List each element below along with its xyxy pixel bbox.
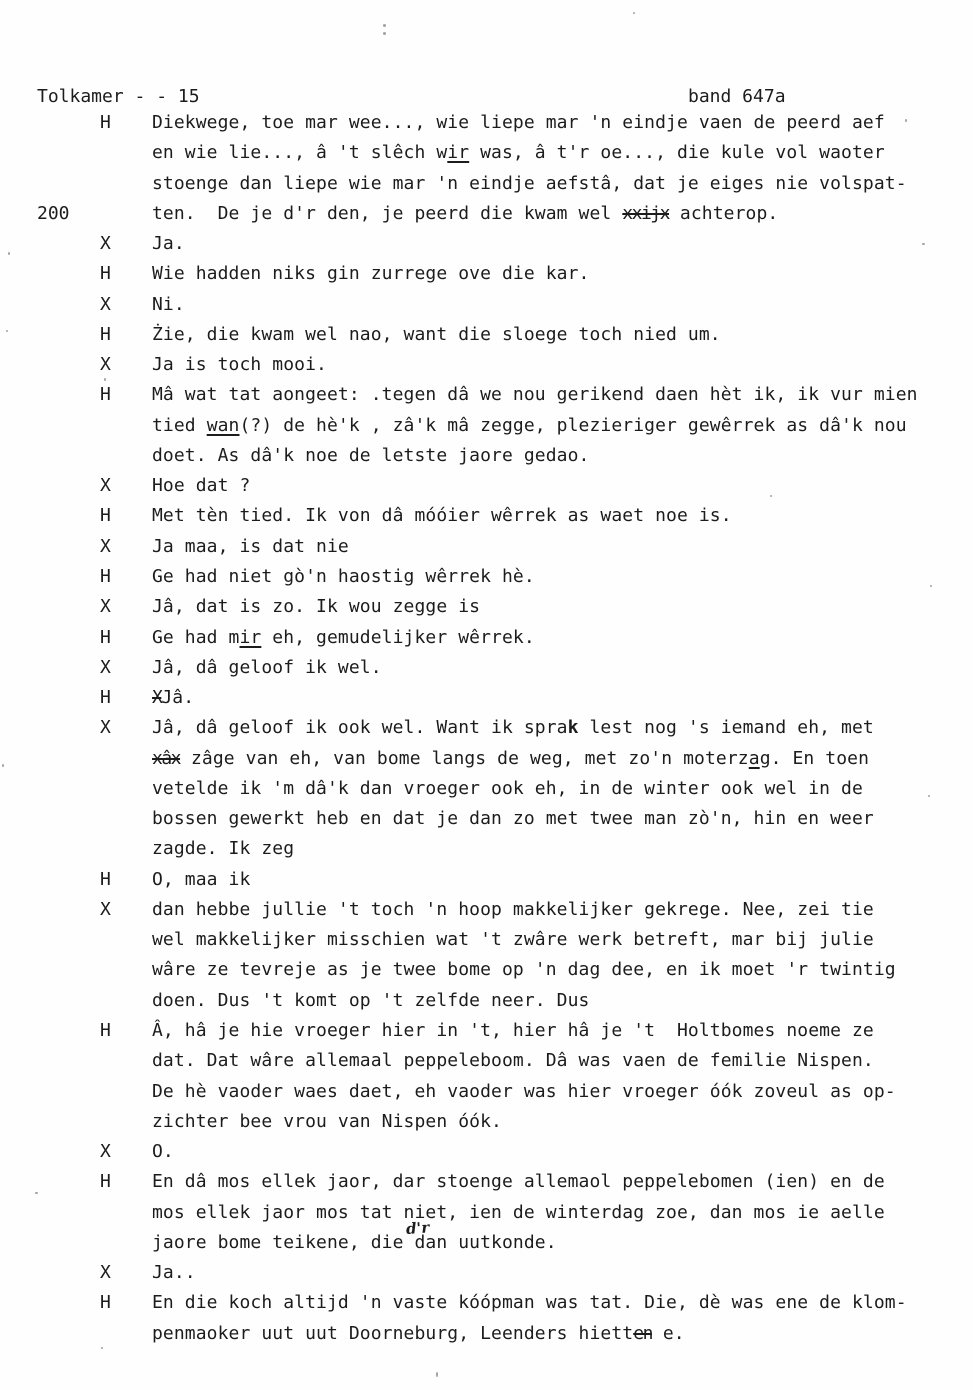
transcript-line: HDiekwege, toe mar wee..., wie liepe mar… (0, 112, 973, 142)
text-segment: Ge had m (152, 627, 240, 648)
text-segment: en wie lie..., â 't slêch w (152, 142, 447, 163)
text-segment: Ja is toch mooi. (152, 354, 327, 375)
text-segment: En die koch altijd 'n vaste kóópman was … (152, 1292, 907, 1313)
text-segment: Jâ, dâ geloof ik wel. (152, 657, 382, 678)
transcript-line: XJa.. (0, 1262, 973, 1292)
speaker-label: X (100, 475, 152, 497)
text-segment: wâre ze tevreje as je twee bome op 'n da… (152, 959, 896, 980)
line-text: vetelde ik 'm dâ'k dan vroeger ook eh, i… (152, 778, 863, 800)
underlined-word: wan (207, 415, 240, 436)
line-text: O. (152, 1141, 174, 1163)
text-segment: doet. As dâ'k noe de letste jaore gedao. (152, 445, 589, 466)
speaker-label: H (100, 566, 152, 588)
speaker-label: X (100, 354, 152, 376)
struck-out-word: xâx (152, 748, 180, 769)
text-segment: O, maa ik (152, 869, 250, 890)
speaker-label: H (100, 384, 152, 406)
line-text: tied wan(?) de hè'k , zâ'k mâ zegge, ple… (152, 415, 907, 437)
line-text: ten. De je d'r den, je peerd die kwam we… (152, 203, 778, 225)
speaker-label: X (100, 536, 152, 558)
line-text: xâx zâge van eh, van bome langs de weg, … (152, 748, 869, 770)
text-segment: stoenge dan liepe wie mar 'n eindje aefs… (152, 173, 907, 194)
scan-speck (8, 252, 10, 255)
speaker-label: H (100, 324, 152, 346)
scan-speck (383, 32, 386, 35)
transcript-line: HO, maa ik (0, 869, 973, 899)
text-segment: achterop. (669, 203, 778, 224)
line-text: En die koch altijd 'n vaste kóópman was … (152, 1292, 907, 1314)
line-text: En dâ mos ellek jaor, dar stoenge allema… (152, 1171, 885, 1193)
transcript-line: HGe had mir eh, gemudelijker wêrrek. (0, 627, 973, 657)
transcript-line: 200ten. De je d'r den, je peerd die kwam… (0, 203, 973, 233)
text-segment: (?) de hè'k , zâ'k mâ zegge, plezieriger… (240, 415, 907, 436)
speaker-label: X (100, 899, 152, 921)
transcript-line: xâx zâge van eh, van bome langs de weg, … (0, 748, 973, 778)
text-segment: penmaoker uut uut Doorneburg, Leenders h… (152, 1323, 633, 1344)
header-band-number: band 647a (688, 86, 786, 107)
overtyped-letter: k (568, 717, 579, 738)
text-segment: O. (152, 1141, 174, 1162)
line-text: penmaoker uut uut Doorneburg, Leenders h… (152, 1323, 685, 1345)
line-text: De hè vaoder waes daet, eh vaoder was hi… (152, 1081, 896, 1103)
text-segment: Żie, die kwam wel nao, want die sloege t… (152, 324, 721, 345)
transcript-line: tied wan(?) de hè'k , zâ'k mâ zegge, ple… (0, 415, 973, 445)
text-segment: dan hebbe jullie 't toch 'n hoop makkeli… (152, 899, 874, 920)
speaker-label: X (100, 294, 152, 316)
underlined-word: a (749, 748, 760, 769)
text-segment: Ja.. (152, 1262, 196, 1283)
speaker-label: X (100, 596, 152, 618)
transcript-line: XHoe dat ? (0, 475, 973, 505)
speaker-label: H (100, 1292, 152, 1314)
line-text: O, maa ik (152, 869, 250, 891)
transcript-line: XJâ, dâ geloof ik ook wel. Want ik sprak… (0, 717, 973, 747)
text-segment: En dâ mos ellek jaor, dar stoenge allema… (152, 1171, 885, 1192)
text-segment: Ni. (152, 294, 185, 315)
text-segment: doen. Dus 't komt op 't zelfde neer. Dus (152, 990, 589, 1011)
transcript-line: mos ellek jaor mos tat niet, ien de wint… (0, 1202, 973, 1232)
scan-speck (770, 495, 772, 497)
text-segment: e. (652, 1323, 685, 1344)
line-text: doet. As dâ'k noe de letste jaore gedao. (152, 445, 589, 467)
line-text: XJâ. (152, 687, 194, 709)
line-text: Mâ wat tat aongeet: .tegen dâ we nou ger… (152, 384, 918, 406)
scan-speck (633, 12, 635, 14)
transcript-line: XJâ, dâ geloof ik wel. (0, 657, 973, 687)
transcript-line: doet. As dâ'k noe de letste jaore gedao. (0, 445, 973, 475)
transcript: HDiekwege, toe mar wee..., wie liepe mar… (0, 112, 973, 1353)
struck-out-word: X (152, 687, 161, 708)
line-text: dan hebbe jullie 't toch 'n hoop makkeli… (152, 899, 874, 921)
text-segment: jaore bome teikene, die (152, 1232, 404, 1253)
scan-speck (930, 585, 932, 587)
text-segment: tied (152, 415, 207, 436)
transcript-line: HMet tèn tied. Ik von dâ móóier wêrrek a… (0, 505, 973, 535)
transcript-line: wel makkelijker misschien wat 't zwâre w… (0, 929, 973, 959)
transcript-line: doen. Dus 't komt op 't zelfde neer. Dus (0, 990, 973, 1020)
transcript-line: XNi. (0, 294, 973, 324)
scan-speck (928, 795, 930, 797)
scan-speck (383, 24, 386, 27)
text-segment: De hè vaoder waes daet, eh vaoder was hi… (152, 1081, 896, 1102)
transcript-line: XJâ, dat is zo. Ik wou zegge is (0, 596, 973, 626)
text-segment: Ja maa, is dat nie (152, 536, 349, 557)
transcript-line: stoenge dan liepe wie mar 'n eindje aefs… (0, 173, 973, 203)
line-text: wâre ze tevreje as je twee bome op 'n da… (152, 959, 896, 981)
line-text: Diekwege, toe mar wee..., wie liepe mar … (152, 112, 885, 134)
scan-speck (2, 764, 4, 767)
text-segment: dat. Dat wâre allemaal peppeleboom. Dâ w… (152, 1050, 874, 1071)
transcript-line: dat. Dat wâre allemaal peppeleboom. Dâ w… (0, 1050, 973, 1080)
transcript-line: HMâ wat tat aongeet: .tegen dâ we nou ge… (0, 384, 973, 414)
transcript-line: XJa. (0, 233, 973, 263)
speaker-label: H (100, 1020, 152, 1042)
line-text: zagde. Ik zeg (152, 838, 294, 860)
line-text: mos ellek jaor mos tat niet, ien de wint… (152, 1202, 885, 1224)
page-header: Tolkamer - - 15 band 647a (0, 86, 973, 108)
text-segment: vetelde ik 'm dâ'k dan vroeger ook eh, i… (152, 778, 863, 799)
underlined-word: ir (240, 627, 262, 648)
scan-speck (104, 378, 106, 381)
text-segment: Jâ, dat is zo. Ik wou zegge is (152, 596, 480, 617)
text-segment: ten. De je d'r den, je peerd die kwam we… (152, 203, 622, 224)
speaker-label: H (100, 1171, 152, 1193)
text-segment: lest nog 's iemand eh, met (579, 717, 874, 738)
text-segment: was, â t'r oe..., die kule vol waoter (469, 142, 885, 163)
line-text: Jâ, dâ geloof ik wel. (152, 657, 382, 679)
transcript-line: jaore bome teikene, died'r dan uutkonde. (0, 1232, 973, 1262)
line-text: Met tèn tied. Ik von dâ móóier wêrrek as… (152, 505, 732, 527)
text-segment: Â, hâ je hie vroeger hier in 't, hier hâ… (152, 1020, 874, 1041)
line-text: bossen gewerkt heb en dat je dan zo met … (152, 808, 874, 830)
speaker-label: X (100, 1141, 152, 1163)
speaker-label: H (100, 112, 152, 134)
transcript-line: penmaoker uut uut Doorneburg, Leenders h… (0, 1323, 973, 1353)
speaker-label: X (100, 233, 152, 255)
speaker-label: X (100, 717, 152, 739)
text-segment: Hoe dat ? (152, 475, 250, 496)
text-segment: Ge had niet gò'n haostig wêrrek hè. (152, 566, 535, 587)
transcript-line: zichter bee vrou van Nispen óók. (0, 1111, 973, 1141)
text-segment: Jâ, dâ geloof ik ook wel. Want ik spra (152, 717, 568, 738)
transcript-line: XJa is toch mooi. (0, 354, 973, 384)
line-text: zichter bee vrou van Nispen óók. (152, 1111, 502, 1133)
scan-speck (436, 1372, 438, 1377)
text-segment: Ja. (152, 233, 185, 254)
transcript-line: bossen gewerkt heb en dat je dan zo met … (0, 808, 973, 838)
line-text: dat. Dat wâre allemaal peppeleboom. Dâ w… (152, 1050, 874, 1072)
line-text: Ja maa, is dat nie (152, 536, 349, 558)
margin-line-number: 200 (0, 203, 100, 225)
speaker-label: H (100, 505, 152, 527)
scan-speck (101, 1347, 103, 1349)
text-segment: wel makkelijker misschien wat 't zwâre w… (152, 929, 874, 950)
line-text: jaore bome teikene, died'r dan uutkonde. (152, 1232, 557, 1254)
struck-out-word: en (633, 1323, 652, 1344)
text-segment: eh, gemudelijker wêrrek. (261, 627, 534, 648)
scan-speck (922, 243, 925, 245)
line-text: Hoe dat ? (152, 475, 250, 497)
document-page: Tolkamer - - 15 band 647a HDiekwege, toe… (0, 0, 973, 1390)
transcript-line: HXJâ. (0, 687, 973, 717)
text-segment: Wie hadden niks gin zurrege ove die kar. (152, 263, 589, 284)
transcript-line: Xdan hebbe jullie 't toch 'n hoop makkel… (0, 899, 973, 929)
transcript-line: De hè vaoder waes daet, eh vaoder was hi… (0, 1081, 973, 1111)
line-text: Ja is toch mooi. (152, 354, 327, 376)
struck-out-word: xxijx (622, 203, 669, 224)
line-text: Ge had mir eh, gemudelijker wêrrek. (152, 627, 535, 649)
scan-speck (6, 330, 8, 332)
transcript-line: HGe had niet gò'n haostig wêrrek hè. (0, 566, 973, 596)
line-text: Ja.. (152, 1262, 196, 1284)
transcript-line: XJa maa, is dat nie (0, 536, 973, 566)
transcript-line: HEn die koch altijd 'n vaste kóópman was… (0, 1292, 973, 1322)
text-segment: zichter bee vrou van Nispen óók. (152, 1111, 502, 1132)
text-segment: zagde. Ik zeg (152, 838, 294, 859)
text-segment: Jâ. (161, 687, 194, 708)
transcript-line: HWie hadden niks gin zurrege ove die kar… (0, 263, 973, 293)
transcript-line: HŻie, die kwam wel nao, want die sloege … (0, 324, 973, 354)
transcript-line: en wie lie..., â 't slêch wir was, â t'r… (0, 142, 973, 172)
scan-speck (35, 1192, 38, 1194)
line-text: Â, hâ je hie vroeger hier in 't, hier hâ… (152, 1020, 874, 1042)
speaker-label: X (100, 1262, 152, 1284)
transcript-line: wâre ze tevreje as je twee bome op 'n da… (0, 959, 973, 989)
text-segment: Diekwege, toe mar wee..., wie liepe mar … (152, 112, 885, 133)
speaker-label: H (100, 627, 152, 649)
transcript-line: XO. (0, 1141, 973, 1171)
text-segment: g. En toen (760, 748, 869, 769)
transcript-line: HEn dâ mos ellek jaor, dar stoenge allem… (0, 1171, 973, 1201)
speaker-label: H (100, 869, 152, 891)
line-text: Żie, die kwam wel nao, want die sloege t… (152, 324, 721, 346)
text-segment: zâge van eh, van bome langs de weg, met … (180, 748, 749, 769)
text-segment: Met tèn tied. Ik von dâ móóier wêrrek as… (152, 505, 732, 526)
text-segment: Mâ wat tat aongeet: .tegen dâ we nou ger… (152, 384, 918, 405)
line-text: doen. Dus 't komt op 't zelfde neer. Dus (152, 990, 589, 1012)
line-text: Jâ, dâ geloof ik ook wel. Want ik sprak … (152, 717, 874, 739)
line-text: stoenge dan liepe wie mar 'n eindje aefs… (152, 173, 907, 195)
line-text: Ge had niet gò'n haostig wêrrek hè. (152, 566, 535, 588)
line-text: Ni. (152, 294, 185, 316)
text-segment: bossen gewerkt heb en dat je dan zo met … (152, 808, 874, 829)
header-title: Tolkamer - - 15 (37, 86, 200, 107)
line-text: en wie lie..., â 't slêch wir was, â t'r… (152, 142, 885, 164)
scan-speck (905, 119, 907, 122)
transcript-line: vetelde ik 'm dâ'k dan vroeger ook eh, i… (0, 778, 973, 808)
speaker-label: X (100, 657, 152, 679)
transcript-line: HÂ, hâ je hie vroeger hier in 't, hier h… (0, 1020, 973, 1050)
line-text: Ja. (152, 233, 185, 255)
text-segment: mos ellek jaor mos tat niet, ien de wint… (152, 1202, 885, 1223)
transcript-line: zagde. Ik zeg (0, 838, 973, 868)
line-text: wel makkelijker misschien wat 't zwâre w… (152, 929, 874, 951)
underlined-word: ir (447, 142, 469, 163)
speaker-label: H (100, 687, 152, 709)
line-text: Wie hadden niks gin zurrege ove die kar. (152, 263, 589, 285)
speaker-label: H (100, 263, 152, 285)
line-text: Jâ, dat is zo. Ik wou zegge is (152, 596, 480, 618)
